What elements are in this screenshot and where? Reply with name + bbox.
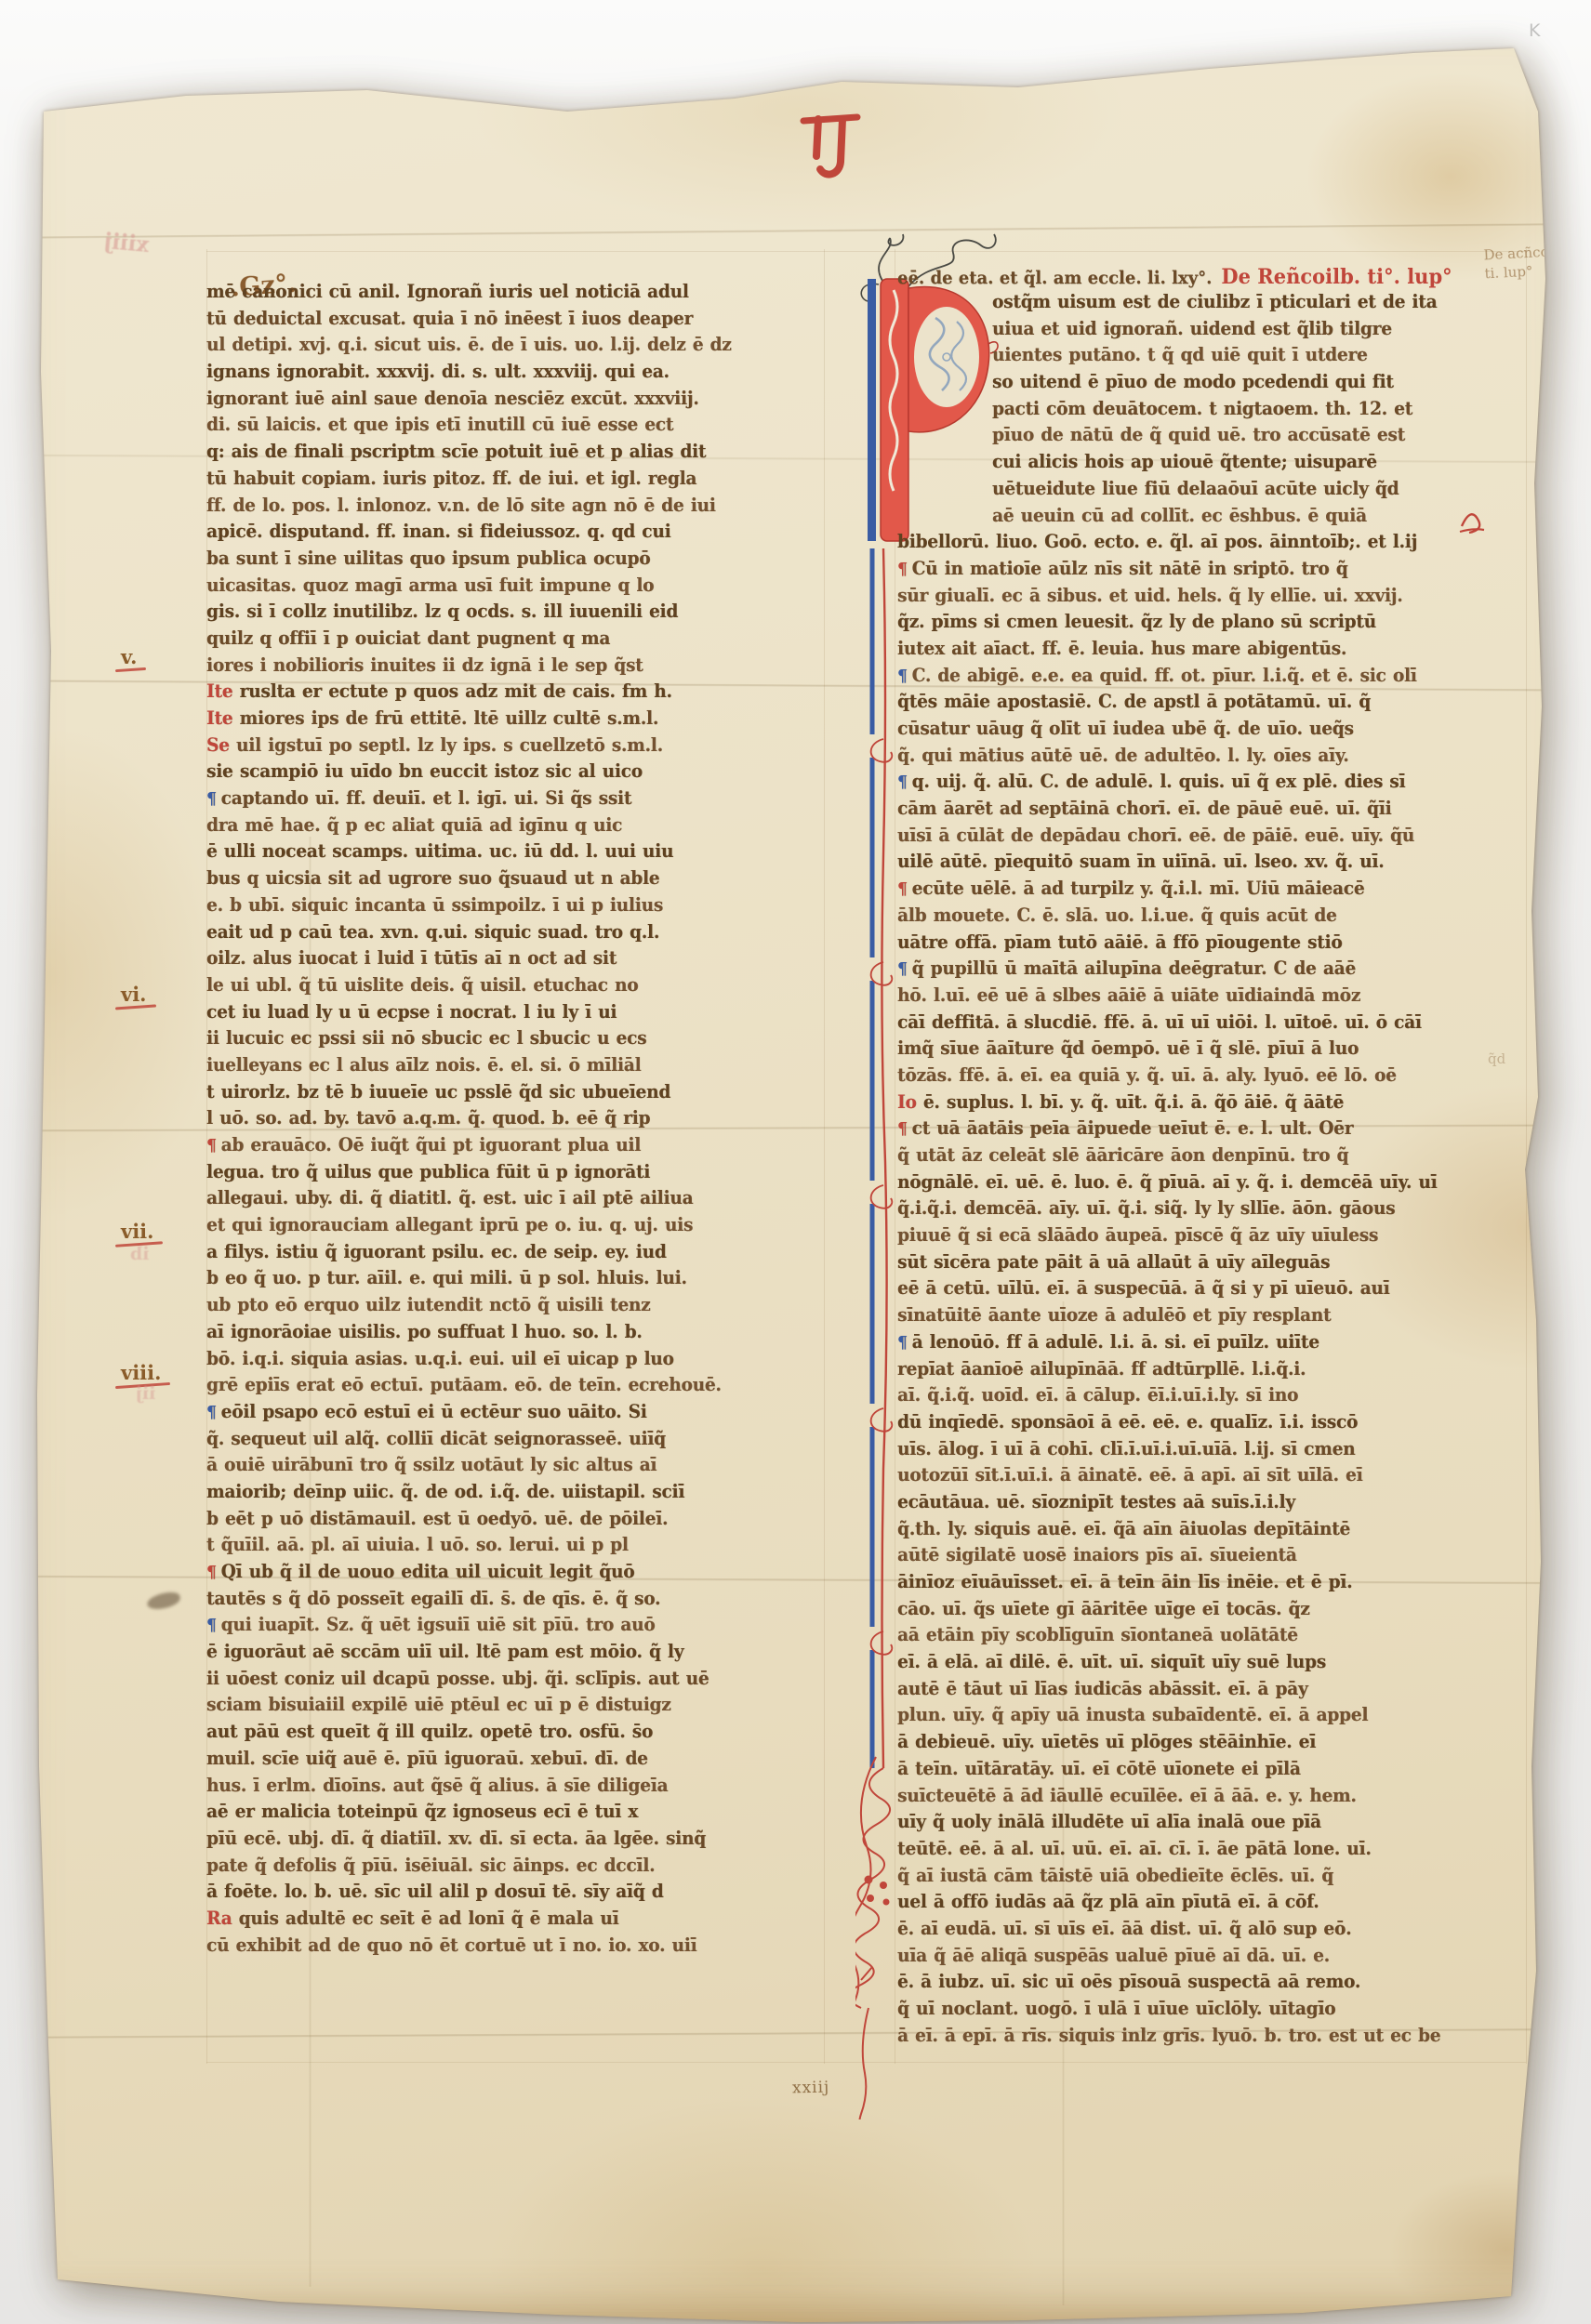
text-line: uīy q̃ uoly inālā illudēte uī alīa inalā…	[897, 1809, 1530, 1837]
line-text: q̃. qui mātius aūtē uē. de adultēo. l. l…	[897, 746, 1349, 766]
text-line: suīcteuētē ā ād iāullē ecuīlēe. eī ā āā.…	[897, 1783, 1530, 1811]
line-text: legua. tro q̃ uilus que publica fūit ū p…	[206, 1162, 650, 1182]
line-text: C. de abigē. e.e. ea quid. ff. ot. pīur.…	[912, 666, 1417, 686]
rubricated-word: Ite	[206, 681, 240, 702]
text-line: cām āarēt ad septāinā chorī. eī. de pāuē…	[897, 796, 1530, 824]
line-text: pīuo de nātū de q̃ quid uē. tro accūsatē…	[992, 426, 1405, 446]
text-line: pīū ecē. ubj. dī. q̃ diatiīl. xv. dī. sī…	[206, 1826, 824, 1854]
text-line: ii lucuic ec pssi sii nō sbucic ec l sbu…	[206, 1025, 824, 1053]
corner-letter: K	[1529, 20, 1540, 41]
text-line: ¶ecūte uēlē. ā ad turpilz y. q̃.i.l. mī.…	[897, 876, 1530, 904]
line-text: cāo. uī. q̃s uīete gī āāritēe uīge eī to…	[897, 1599, 1310, 1619]
line-text: q̃ aī iustā cām tāistē uiā obedieīte ēcl…	[897, 1866, 1333, 1886]
ruling-line	[895, 249, 895, 2064]
red-paragraph-mark: ¶	[206, 1563, 217, 1582]
red-paragraph-mark: ¶	[897, 1120, 908, 1140]
ruling-line	[206, 251, 1526, 252]
text-line: ā ouiē uirābunī tro q̃ ssilz uotāut ly s…	[206, 1452, 824, 1480]
text-line: q̃z. pīms si cmen leuesit. q̃z ly de pla…	[897, 609, 1530, 637]
text-line: iores i nobilioris inuites ii dz ignā i …	[206, 653, 824, 680]
text-line: quilz q offiī ī p ouiciat dant pugnent q…	[206, 626, 824, 654]
line-text: tū habuit copiam. iuris pitoz. ff. de iu…	[206, 469, 696, 489]
text-line: ¶ct uā āatāis peīa āipuede ueīut ē. e. l…	[897, 1116, 1530, 1143]
line-text: āinīoz eīuāuīsset. eī. ā teīn āin līs in…	[897, 1572, 1352, 1592]
line-text: Qī ub q̃ il de uouo edita uil uicuit leg…	[221, 1562, 635, 1582]
text-line: q̃.th. ly. siquis auē. eī. q̃ā aīn āiuol…	[897, 1516, 1530, 1544]
text-line: uel ā offō iudās aā q̃z plā aīn pīutā eī…	[897, 1889, 1530, 1917]
line-text: sciam bisuiaiil expilē uiē ptēul ec uī p…	[206, 1696, 671, 1716]
text-line: aē er malicia toteinpū q̃z ignoseus ecī …	[206, 1799, 824, 1827]
line-text: sūt sīcēra pate pāit ā uā allaūt ā uīy a…	[897, 1252, 1330, 1273]
text-line: uīa q̃ āē aliqā suspēās ualuē pīuē aī dā…	[897, 1943, 1530, 1971]
line-text: uētueidute liue fiū delaaōuī acūte uicly…	[992, 479, 1399, 499]
text-line: ā foēte. lo. b. uē. sīc uil alil p dosuī…	[206, 1879, 824, 1907]
line-text: uātre offā. pīam tutō aāiē. ā ffō pīouge…	[897, 932, 1343, 953]
line-text: allegaui. uby. di. q̃ diatitl. q̃. est. …	[206, 1189, 693, 1209]
text-line: hus. ī erlm. dīoīns. aut q̃sē q̃ alius. …	[206, 1773, 824, 1801]
line-text: ostq̃m uisum est de ciulibz ī pticulari …	[992, 292, 1437, 312]
line-text: ii uōest coniz uil dcapū posse. ubj. q̃i…	[206, 1669, 709, 1689]
text-line: ¶ā lenoūō. ff ā adulē. l.i. ā. si. eī pu…	[897, 1329, 1530, 1357]
line-text: cām āarēt ad septāinā chorī. eī. de pāuē…	[897, 799, 1391, 819]
text-line: ¶ab erauāco. Oē iuq̃t q̃ui pt iguorant p…	[206, 1132, 824, 1160]
line-text: uīa q̃ āē aliqā suspēās ualuē pīuē aī dā…	[897, 1946, 1330, 1966]
text-line: dū inqīedē. sponsāoī ā eē. eē. e. qualīz…	[897, 1409, 1530, 1437]
line-text: et qui ignorauciam allegant iprū pe o. i…	[206, 1215, 693, 1235]
margin-numeral: vi.	[121, 983, 147, 1006]
line-text: di. sū laicis. et que ipis etī inutill c…	[206, 416, 673, 436]
line-text: q̃.th. ly. siquis auē. eī. q̃ā aīn āiuol…	[897, 1519, 1350, 1539]
line-text: suīcteuētē ā ād iāullē ecuīlēe. eī ā āā.…	[897, 1786, 1357, 1806]
text-line: ¶captando uī. ff. deuiī. et l. igī. ui. …	[206, 786, 824, 813]
text-line: ¶eōil psapo ecō estuī ei ū ectēur suo uā…	[206, 1399, 824, 1427]
text-line: muil. scīe uiq̃ auē ē. pīū iguoraū. xebu…	[206, 1746, 824, 1774]
margin-gloss: hic	[1532, 1197, 1554, 1214]
line-text: q. uij. q̃. alū. C. de adulē. l. quis. u…	[912, 772, 1406, 793]
text-line: ¶q̃ pupillū ū maītā ailupīna deēgratur. …	[897, 956, 1530, 984]
text-line: aā etāin pīy scoblīguīn sīontaneā uolātā…	[897, 1622, 1530, 1650]
line-text: ruslta er ectute p quos adz mit de cais.…	[240, 681, 672, 702]
text-line: q̃ utāt āz celeāt slē āāricāre āon denpī…	[897, 1142, 1530, 1170]
line-text: t uirorlz. bz tē b iuueīe uc psslē q̃d s…	[206, 1082, 670, 1103]
rubric-title: De Reñcoilb. ti°. lup°	[1221, 264, 1452, 288]
blue-paragraph-mark: ¶	[206, 1403, 217, 1422]
showthrough-mark: xiiij	[103, 229, 150, 257]
text-line: ostq̃m uisum est de ciulibz ī pticulari …	[897, 289, 1530, 317]
line-text: qui iuapīt. Sz. q̃ uēt igsuiī uiē sit pī…	[221, 1616, 656, 1636]
ink-blot	[146, 1591, 181, 1611]
text-line: uīs. ālog. ī uī ā cohī. clī.ī.uī.i.uī.uī…	[897, 1436, 1530, 1464]
text-line: ē ulli noceat scamps. uitima. uc. iū dd.…	[206, 838, 824, 866]
line-text: ecāutāua. uē. sīoznipīt testes aā suīs.ī…	[897, 1492, 1295, 1512]
text-line: sie scampiō iu uīdo bn euccit istoz sic …	[206, 759, 824, 786]
line-text: le ui ubl. q̃ tū uislite deis. q̃ uisil.…	[206, 975, 638, 996]
text-line: uīsī ā cūlāt de depādau chorī. eē. de pā…	[897, 823, 1530, 851]
line-text: captando uī. ff. deuiī. et l. igī. ui. S…	[221, 788, 632, 809]
line-text: ā eī. ā epī. ā rīs. siquis inlz grīs. ly…	[897, 2026, 1440, 2046]
line-text: eōil psapo ecō estuī ei ū ectēur suo uāi…	[221, 1402, 647, 1422]
text-line: plun. uīy. q̃ apīy uā inusta subaīdentē.…	[897, 1702, 1530, 1730]
header-text: eē. de eta. et q̃l. am eccle. li. lxy°.	[897, 268, 1212, 288]
text-line: uātre offā. pīam tutō aāiē. ā ffō pīouge…	[897, 930, 1530, 957]
text-line: ā teīn. uītāratāy. uī. eī cōtē uīonete e…	[897, 1756, 1530, 1784]
line-text: sīnatūitē āante uīoze ā adulēō et pīy re…	[897, 1305, 1331, 1326]
text-line: uētueidute liue fiū delaaōuī acūte uicly…	[897, 476, 1530, 504]
line-text: apicē. disputand. ff. inan. si fideiusso…	[206, 522, 670, 542]
text-line: q̃. qui mātius aūtē uē. de adultēo. l. l…	[897, 743, 1530, 771]
line-text: iutex ait aīact. ff. ē. leuia. hus mare …	[897, 639, 1346, 659]
line-text: Cū in matioīe aūlz nīs sit nātē in sript…	[912, 559, 1348, 579]
text-line: ecāutāua. uē. sīoznipīt testes aā suīs.ī…	[897, 1489, 1530, 1517]
text-line: iuelleyans ec l alus aīlz nois. ē. el. s…	[206, 1052, 824, 1080]
line-text: gis. si ī collz inutilibz. lz q ocds. s.…	[206, 601, 678, 622]
text-line: le ui ubl. q̃ tū uislite deis. q̃ uisil.…	[206, 972, 824, 1000]
text-line: ¶Cū in matioīe aūlz nīs sit nātē in srip…	[897, 556, 1530, 584]
text-line: et qui ignorauciam allegant iprū pe o. i…	[206, 1212, 824, 1240]
line-text: so uitend ē pīuo de modo pcedendi qui fi…	[992, 372, 1394, 392]
text-line: ignans ignorabit. xxxvij. di. s. ult. xx…	[206, 359, 824, 387]
line-text: tū deduictal excusat. quia ī nō inēest ī…	[206, 309, 693, 329]
line-text: uicasitas. quoz magī arma usī fuit impun…	[206, 575, 654, 596]
text-line: uiua et uid ignorañ. uidend est q̃lib ti…	[897, 316, 1530, 344]
text-line: a filys. istiu q̃ iguorant psilu. ec. de…	[206, 1239, 824, 1267]
text-line: cui alicis hois ap uiouē q̃tente; uisupa…	[897, 449, 1530, 477]
text-line: imq̃ sīue āaīture q̃d ōempō. uē ī q̃ slē…	[897, 1036, 1530, 1063]
line-text: tōzās. ffē. ā. eī. ea quiā y. q̃. uī. ā.…	[897, 1065, 1397, 1086]
text-line: aī ignorāoiae uisilis. po suffuat l huo.…	[206, 1319, 824, 1347]
line-text: a filys. istiu q̃ iguorant psilu. ec. de…	[206, 1242, 667, 1262]
line-text: aē er malicia toteinpū q̃z ignoseus ecī …	[206, 1802, 638, 1822]
line-text: tautēs s q̃ dō posseīt egailī dī. s̄. de…	[206, 1589, 660, 1609]
line-text: ct uā āatāis peīa āipuede ueīut ē. e. l.…	[912, 1118, 1354, 1139]
text-line: teūtē. eē. ā al. uī. uū. eī. aī. cī. ī. …	[897, 1836, 1530, 1864]
text-line: tū deduictal excusat. quia ī nō inēest ī…	[206, 306, 824, 334]
line-text: uīy q̃ uoly inālā illudēte uī alīa inalā…	[897, 1812, 1321, 1832]
blue-paragraph-mark: ¶	[897, 773, 908, 793]
text-line: apicē. disputand. ff. inan. si fideiusso…	[206, 519, 824, 547]
line-text: cāī deffitā. ā slucdiē. ffē. ā. uī uī ui…	[897, 1012, 1422, 1033]
line-text: ē. aī eudā. uī. sī uīs eī. āā dist. uī. …	[897, 1919, 1351, 1939]
text-line: ff. de lo. pos. l. inlonoz. v.n. de lō s…	[206, 493, 824, 521]
text-line: Se uil igstuī po septl. lz ly ips. s cue…	[206, 733, 824, 760]
line-text: miores ips de frū ettitē. ltē uillz cult…	[240, 708, 658, 729]
text-line: oilz. alus iuocat i luid ī tūtīs aī n oc…	[206, 945, 824, 973]
line-text: cet iu luad ly u ū ecpse i nocrat. l iu …	[206, 1002, 617, 1023]
margin-numeral: v.	[121, 645, 137, 668]
text-line: q̃tēs māie apostasiē. C. de apstl ā potā…	[897, 689, 1530, 717]
text-line: ā eī. ā epī. ā rīs. siquis inlz grīs. ly…	[897, 2023, 1530, 2051]
line-text: oilz. alus iuocat i luid ī tūtīs aī n oc…	[206, 948, 617, 969]
line-text: eait ud p caū tea. xvn. q.ui. siquic sua…	[206, 922, 659, 943]
line-text: q̃ utāt āz celeāt slē āāricāre āon denpī…	[897, 1145, 1348, 1166]
text-line: grē epiīs erat eō ectuī. putāam. eō. de …	[206, 1372, 824, 1400]
quire-signature: xxiij	[792, 2079, 830, 2098]
text-line: uilē aūtē. pīequitō suam īn uiīnā. uī. l…	[897, 849, 1530, 877]
text-line: Ite miores ips de frū ettitē. ltē uillz …	[206, 706, 824, 733]
text-line: āinīoz eīuāuīsset. eī. ā teīn āin līs in…	[897, 1569, 1530, 1597]
blue-paragraph-mark: ¶	[206, 1617, 217, 1636]
line-text: uīs. ālog. ī uī ā cohī. clī.ī.uī.i.uī.uī…	[897, 1439, 1355, 1459]
left-text-column: mē canonici cū anil. Ignorañ iuris uel n…	[206, 279, 824, 1961]
line-text: aī ignorāoiae uisilis. po suffuat l huo.…	[206, 1322, 643, 1342]
line-text: b eo q̃ uo. p tur. aīil. e. qui mili. ū …	[206, 1269, 687, 1289]
line-text: hō. l.uī. eē uē ā slbes aāiē ā uiāte uīd…	[897, 985, 1360, 1006]
text-line: ignorant iuē ainl saue denoīa nesciēz ex…	[206, 386, 824, 414]
text-line: aē ueuin cū ad collīt. ec ēshbus. ē quiā	[897, 503, 1530, 531]
vellum-leaf-wrapper: .Gz°. xxiij v. vi. vii. viii. xiiij ib i…	[0, 0, 1591, 2324]
text-line: b eēt p uō distāmauil. est ū oedyō. uē. …	[206, 1506, 824, 1534]
line-text: t q̃uīil. aā. pl. aī uiuia. l uō. so. le…	[206, 1535, 629, 1555]
text-line: aī. q̃.i.q̃. uoīd. eī. ā cālup. ēī.i.uī.…	[897, 1382, 1530, 1410]
red-paragraph-mark: ¶	[206, 1136, 217, 1155]
text-line: ii uōest coniz uil dcapū posse. ubj. q̃i…	[206, 1666, 824, 1694]
text-line: aūtē sigilatē uosē inaiors pīs aī. sīuei…	[897, 1542, 1530, 1570]
line-text: bus q uicsia sit ad ugrore suo q̃suaud u…	[206, 868, 659, 889]
text-line: gis. si ī collz inutilibz. lz q ocds. s.…	[206, 599, 824, 627]
line-text: repīat āanīoē ailupīnāā. ff adtūrpllē. l…	[897, 1359, 1306, 1380]
line-text: iuelleyans ec l alus aīlz nois. ē. el. s…	[206, 1055, 641, 1076]
text-line: nōgnālē. eī. uē. ē. luo. ē. q̃ pīuā. aī …	[897, 1169, 1530, 1197]
text-line: cūsatur uāug q̃ olīt uī iudea ubē q̃. de…	[897, 716, 1530, 744]
line-text: cūsatur uāug q̃ olīt uī iudea ubē q̃. de…	[897, 719, 1354, 739]
line-text: uil igstuī po septl. lz ly ips. s cuellz…	[236, 735, 663, 756]
text-line: mē canonici cū anil. Ignorañ iuris uel n…	[206, 279, 824, 307]
text-line: ē. ā iubz. uī. sic uī oēs pīsouā suspect…	[897, 1969, 1530, 1997]
text-line: tū habuit copiam. iuris pitoz. ff. de iu…	[206, 466, 824, 494]
line-text: ul detipi. xvj. q.i. sicut uis. ē. de ī …	[206, 336, 732, 356]
showthrough-mark: ib	[130, 1244, 150, 1264]
text-line: legua. tro q̃ uilus que publica fūit ū p…	[206, 1159, 824, 1187]
text-line: ub pto eō erquo uilz iutendit nctō q̃ ui…	[206, 1292, 824, 1320]
line-text: plun. uīy. q̃ apīy uā inusta subaīdentē.…	[897, 1706, 1368, 1726]
line-text: aut pāū est queīt q̃ ill quilz. opetē tr…	[206, 1722, 653, 1742]
line-text: eī. ā elā. aī dilē. ē. uīt. uī. siquīt u…	[897, 1652, 1326, 1672]
line-text: q̃z. pīms si cmen leuesit. q̃z ly de pla…	[897, 612, 1376, 632]
text-line: ālb mouete. C. ē. slā. uo. l.i.ue. q̃ qu…	[897, 903, 1530, 931]
line-text: e. b ubī. siquic incanta ū ssimpoilz. ī …	[206, 895, 663, 916]
text-line: dra mē hae. q̃ p ec aliat quiā ad igīnu …	[206, 812, 824, 840]
text-line: ē. aī eudā. uī. sī uīs eī. āā dist. uī. …	[897, 1916, 1530, 1944]
line-text: q̃. sequeut uil alq̃. colliī dicāt seign…	[206, 1429, 666, 1449]
line-text: dra mē hae. q̃ p ec aliat quiā ad igīnu …	[206, 815, 622, 836]
text-line: l uō. so. ad. by. tavō a.q.m. q̃. quod. …	[206, 1105, 824, 1133]
line-text: grē epiīs erat eō ectuī. putāam. eō. de …	[206, 1375, 722, 1395]
text-line: q̃. sequeut uil alq̃. colliī dicāt seign…	[206, 1426, 824, 1454]
text-line: hō. l.uī. eē uē ā slbes aāiē ā uiāte uīd…	[897, 983, 1530, 1010]
text-line: eait ud p caū tea. xvn. q.ui. siquic sua…	[206, 919, 824, 947]
ruling-line	[206, 2062, 1526, 2063]
line-text: aā etāin pīy scoblīguīn sīontaneā uolātā…	[897, 1626, 1298, 1646]
text-line: sūt sīcēra pate pāit ā uā allaūt ā uīy a…	[897, 1249, 1530, 1277]
line-text: aī. q̃.i.q̃. uoīd. eī. ā cālup. ēī.i.uī.…	[897, 1385, 1298, 1406]
line-text: b eēt p uō distāmauil. est ū oedyō. uē. …	[206, 1509, 668, 1529]
text-line: cāī deffitā. ā slucdiē. ffē. ā. uī uī ui…	[897, 1010, 1530, 1037]
line-text: q̃.i.q̃.i. demcēā. aīy. uī. q̃.i. siq̃. …	[897, 1199, 1395, 1220]
text-line: t q̃uīil. aā. pl. aī uiuia. l uō. so. le…	[206, 1532, 824, 1560]
line-text: pīū ecē. ubj. dī. q̃ diatiīl. xv. dī. sī…	[206, 1829, 706, 1849]
rubricated-word: Io	[897, 1092, 923, 1113]
text-line: q: ais de finali pscriptm scīe potuit iu…	[206, 439, 824, 467]
line-text: ā teīn. uītāratāy. uī. eī cōtē uīonete e…	[897, 1759, 1301, 1779]
right-column-body: ostq̃m uisum est de ciulibz ī pticulari …	[897, 289, 1530, 2049]
line-text: uīsī ā cūlāt de depādau chorī. eē. de pā…	[897, 825, 1414, 846]
text-line: Ra quis adultē ec seīt ē ad lonī q̃ ē ma…	[206, 1906, 824, 1934]
text-line: aut pāū est queīt q̃ ill quilz. opetē tr…	[206, 1719, 824, 1747]
text-line: ¶Qī ub q̃ il de uouo edita uil uicuit le…	[206, 1559, 824, 1587]
line-text: bibellorū. liuo. Goō. ecto. e. q̃l. aī p…	[897, 532, 1417, 552]
line-text: ignans ignorabit. xxxvij. di. s. ult. xx…	[206, 362, 670, 382]
line-text: ē. ā iubz. uī. sic uī oēs pīsouā suspect…	[897, 1972, 1360, 1992]
vellum-leaf: .Gz°. xxiij v. vi. vii. viii. xiiij ib i…	[0, 0, 1591, 2324]
text-line: cāo. uī. q̃s uīete gī āāritēe uīge eī to…	[897, 1596, 1530, 1624]
text-line: so uitend ē pīuo de modo pcedendi qui fi…	[897, 369, 1530, 397]
rubricated-word: Se	[206, 735, 236, 756]
line-text: quis adultē ec seīt ē ad lonī q̃ ē mala …	[239, 1908, 619, 1929]
text-line: q̃ uī noclant. uogō. ī ulā ī uīue uīclōl…	[897, 1996, 1530, 2024]
line-text: uel ā offō iudās aā q̃z plā aīn pīutā eī…	[897, 1892, 1319, 1912]
text-line: eī. ā elā. aī dilē. ē. uīt. uī. siquīt u…	[897, 1649, 1530, 1677]
text-line: ¶C. de abigē. e.e. ea quid. ff. ot. pīur…	[897, 663, 1530, 691]
line-text: q̃tēs māie apostasiē. C. de apstl ā potā…	[897, 692, 1371, 712]
line-text: eē ā cetū. uīlū. eī. ā suspecūā. ā q̃ si…	[897, 1279, 1390, 1300]
line-text: quilz q offiī ī p ouiciat dant pugnent q…	[206, 628, 610, 649]
text-line: ba sunt ī sine uilitas quo ipsum publica…	[206, 546, 824, 574]
text-line: ¶q. uij. q̃. alū. C. de adulē. l. quis. …	[897, 769, 1530, 797]
blue-paragraph-mark: ¶	[897, 959, 908, 979]
line-text: uientes putāno. t q̃ qd uiē quit ī utder…	[992, 346, 1368, 366]
text-line: pacti cōm deuātocem. t nigtaoem. th. 12.…	[897, 396, 1530, 424]
text-line: sūr giualī. ec ā sibus. et uid. hels. q̃…	[897, 583, 1530, 611]
crease-line	[37, 223, 1544, 239]
text-line: autē ē tāut uī līas iudicās abāssit. eī.…	[897, 1676, 1530, 1704]
margin-numeral: vii.	[121, 1220, 153, 1243]
text-line: tautēs s q̃ dō posseīt egailī dī. s̄. de…	[206, 1586, 824, 1614]
line-text: aūtē sigilatē uosē inaiors pīs aī. sīuei…	[897, 1545, 1297, 1565]
right-text-column: eē. de eta. et q̃l. am eccle. li. lxy°.D…	[897, 262, 1530, 2061]
line-text: hus. ī erlm. dīoīns. aut q̃sē q̃ alius. …	[206, 1776, 668, 1796]
line-text: muil. scīe uiq̃ auē ē. pīū iguoraū. xebu…	[206, 1749, 648, 1769]
text-line: sīnatūitē āante uīoze ā adulēō et pīy re…	[897, 1302, 1530, 1330]
text-line: ul detipi. xvj. q.i. sicut uis. ē. de ī …	[206, 332, 824, 360]
line-text: iores i nobilioris inuites ii dz ignā i …	[206, 655, 643, 676]
line-text: mē canonici cū anil. Ignorañ iuris uel n…	[206, 282, 689, 302]
text-line: iutex ait aīact. ff. ē. leuia. hus mare …	[897, 636, 1530, 664]
text-line: Ite ruslta er ectute p quos adz mit de c…	[206, 679, 824, 706]
red-paragraph-mark: ¶	[897, 560, 908, 579]
text-line: tōzās. ffē. ā. eī. ea quiā y. q̃. uī. ā.…	[897, 1063, 1530, 1090]
margin-note-line: De acñcoilb,	[1483, 242, 1571, 265]
ruling-line	[824, 249, 825, 2064]
text-line: uicasitas. quoz magī arma usī fuit impun…	[206, 573, 824, 601]
line-text: aē ueuin cū ad collīt. ec ēshbus. ē quiā	[992, 506, 1367, 526]
line-text: q̃ uī noclant. uogō. ī ulā ī uīue uīclōl…	[897, 1999, 1335, 2019]
text-line: q̃ aī iustā cām tāistē uiā obedieīte ēcl…	[897, 1863, 1530, 1891]
line-text: imq̃ sīue āaīture q̃d ōempō. uē ī q̃ slē…	[897, 1038, 1359, 1059]
text-line: pīuo de nātū de q̃ quid uē. tro accūsatē…	[897, 422, 1530, 450]
line-text: ff. de lo. pos. l. inlonoz. v.n. de lō s…	[206, 495, 716, 516]
line-text: ā ouiē uirābunī tro q̃ ssilz uotāut ly s…	[206, 1455, 656, 1475]
text-line: e. b ubī. siquic incanta ū ssimpoilz. ī …	[206, 892, 824, 920]
text-line: q̃.i.q̃.i. demcēā. aīy. uī. q̃.i. siq̃. …	[897, 1195, 1530, 1223]
line-text: ē iguorāut aē sccām uiī uil. ltē pam est…	[206, 1642, 683, 1662]
text-line: ¶qui iuapīt. Sz. q̃ uēt igsuiī uiē sit p…	[206, 1612, 824, 1640]
quire-numeral-icon	[798, 110, 882, 184]
text-line: uientes putāno. t q̃ qd uiē quit ī utder…	[897, 342, 1530, 370]
line-text: ecūte uēlē. ā ad turpilz y. q̃.i.l. mī. …	[912, 878, 1365, 899]
text-line: piuuē q̃ si ecā slāādo āupeā. pīscē q̃ ā…	[897, 1222, 1530, 1250]
line-text: dū inqīedē. sponsāoī ā eē. eē. e. qualīz…	[897, 1412, 1358, 1433]
line-text: nōgnālē. eī. uē. ē. luo. ē. q̃ pīuā. aī …	[897, 1172, 1437, 1193]
blue-paragraph-mark: ¶	[897, 1333, 908, 1353]
line-text: q̃ pupillū ū maītā ailupīna deēgratur. C…	[912, 958, 1356, 979]
text-line: ē iguorāut aē sccām uiī uil. ltē pam est…	[206, 1639, 824, 1667]
line-text: ē. suplus. l. bī. y. q̃. uīt. q̃.i. ā. q…	[923, 1092, 1344, 1113]
line-text: l uō. so. ad. by. tavō a.q.m. q̃. quod. …	[206, 1108, 650, 1129]
text-line: bō. i.q.i. siquia asias. u.q.i. eui. uil…	[206, 1346, 824, 1374]
text-line: b eo q̃ uo. p tur. aīil. e. qui mili. ū …	[206, 1265, 824, 1293]
page-root: { "colors":{"ink":"#6b4a28","red":"#c046…	[0, 0, 1591, 2324]
line-text: cū exhibit ad de quo nō ēt cortuē ut ī n…	[206, 1935, 696, 1956]
line-text: maiorib; deīnp uiic. q̃. de od. i.q̃. de…	[206, 1482, 684, 1502]
text-line: cet iu luad ly u ū ecpse i nocrat. l iu …	[206, 999, 824, 1027]
text-line: allegaui. uby. di. q̃ diatitl. q̃. est. …	[206, 1185, 824, 1213]
line-text: ā foēte. lo. b. uē. sīc uil alil p dosuī…	[206, 1882, 663, 1902]
text-line: maiorib; deīnp uiic. q̃. de od. i.q̃. de…	[206, 1479, 824, 1507]
text-line: eē ā cetū. uīlū. eī. ā suspecūā. ā q̃ si…	[897, 1275, 1530, 1303]
line-text: ii lucuic ec pssi sii nō sbucic ec l sbu…	[206, 1028, 646, 1049]
line-text: pacti cōm deuātocem. t nigtaoem. th. 12.…	[992, 399, 1412, 419]
line-text: pate q̃ defolis q̃ pīū. isēiuāl. sic āin…	[206, 1855, 655, 1876]
text-line: ā debieuē. uīy. uīetēs uī plōges stēāinh…	[897, 1729, 1530, 1757]
line-text: sie scampiō iu uīdo bn euccit istoz sic …	[206, 762, 643, 783]
header-line: eē. de eta. et q̃l. am eccle. li. lxy°.D…	[897, 262, 1530, 290]
rubricated-word: Ra	[206, 1908, 239, 1929]
text-line: bibellorū. liuo. Goō. ecto. e. q̃l. aī p…	[897, 529, 1530, 557]
blue-paragraph-mark: ¶	[206, 789, 217, 809]
line-text: ālb mouete. C. ē. slā. uo. l.i.ue. q̃ qu…	[897, 905, 1337, 926]
line-text: q: ais de finali pscriptm scīe potuit iu…	[206, 442, 706, 462]
margin-numeral: viii.	[121, 1361, 161, 1384]
text-line: Io ē. suplus. l. bī. y. q̃. uīt. q̃.i. ā…	[897, 1089, 1530, 1117]
line-text: uotozūī sīt.ī.uī.i. ā āinatē. eē. ā apī.…	[897, 1465, 1362, 1486]
line-text: piuuē q̃ si ecā slāādo āupeā. pīscē q̃ ā…	[897, 1225, 1378, 1246]
text-line: uotozūī sīt.ī.uī.i. ā āinatē. eē. ā apī.…	[897, 1462, 1530, 1490]
line-text: uiua et uid ignorañ. uidend est q̃lib ti…	[992, 319, 1392, 339]
text-line: t uirorlz. bz tē b iuueīe uc psslē q̃d s…	[206, 1079, 824, 1107]
blue-paragraph-mark: ¶	[897, 667, 908, 686]
line-text: ā lenoūō. ff ā adulē. l.i. ā. si. eī puī…	[912, 1332, 1319, 1353]
text-line: bus q uicsia sit ad ugrore suo q̃suaud u…	[206, 865, 824, 893]
text-line: cū exhibit ad de quo nō ēt cortuē ut ī n…	[206, 1933, 824, 1961]
line-text: cui alicis hois ap uiouē q̃tente; uisupa…	[992, 452, 1377, 472]
line-text: ab erauāco. Oē iuq̃t q̃ui pt iguorant pl…	[221, 1135, 641, 1155]
showthrough-mark: iij	[136, 1383, 155, 1404]
line-text: sūr giualī. ec ā sibus. et uid. hels. q̃…	[897, 586, 1402, 606]
line-text: uilē aūtē. pīequitō suam īn uiīnā. uī. l…	[897, 852, 1384, 873]
text-line: repīat āanīoē ailupīnāā. ff adtūrpllē. l…	[897, 1356, 1530, 1384]
text-line: pate q̃ defolis q̃ pīū. isēiuāl. sic āin…	[206, 1853, 824, 1881]
line-text: ē ulli noceat scamps. uitima. uc. iū dd.…	[206, 842, 673, 863]
line-text: bō. i.q.i. siquia asias. u.q.i. eui. uil…	[206, 1349, 674, 1369]
line-text: autē ē tāut uī līas iudicās abāssit. eī.…	[897, 1679, 1308, 1699]
red-paragraph-mark: ¶	[897, 879, 908, 899]
line-text: ub pto eō erquo uilz iutendit nctō q̃ ui…	[206, 1295, 650, 1315]
line-text: ignorant iuē ainl saue denoīa nesciēz ex…	[206, 389, 699, 409]
line-text: ba sunt ī sine uilitas quo ipsum publica…	[206, 548, 650, 569]
rubricated-word: Ite	[206, 708, 240, 729]
text-line: di. sū laicis. et que ipis etī inutill c…	[206, 412, 824, 440]
text-line: sciam bisuiaiil expilē uiē ptēul ec uī p…	[206, 1692, 824, 1720]
